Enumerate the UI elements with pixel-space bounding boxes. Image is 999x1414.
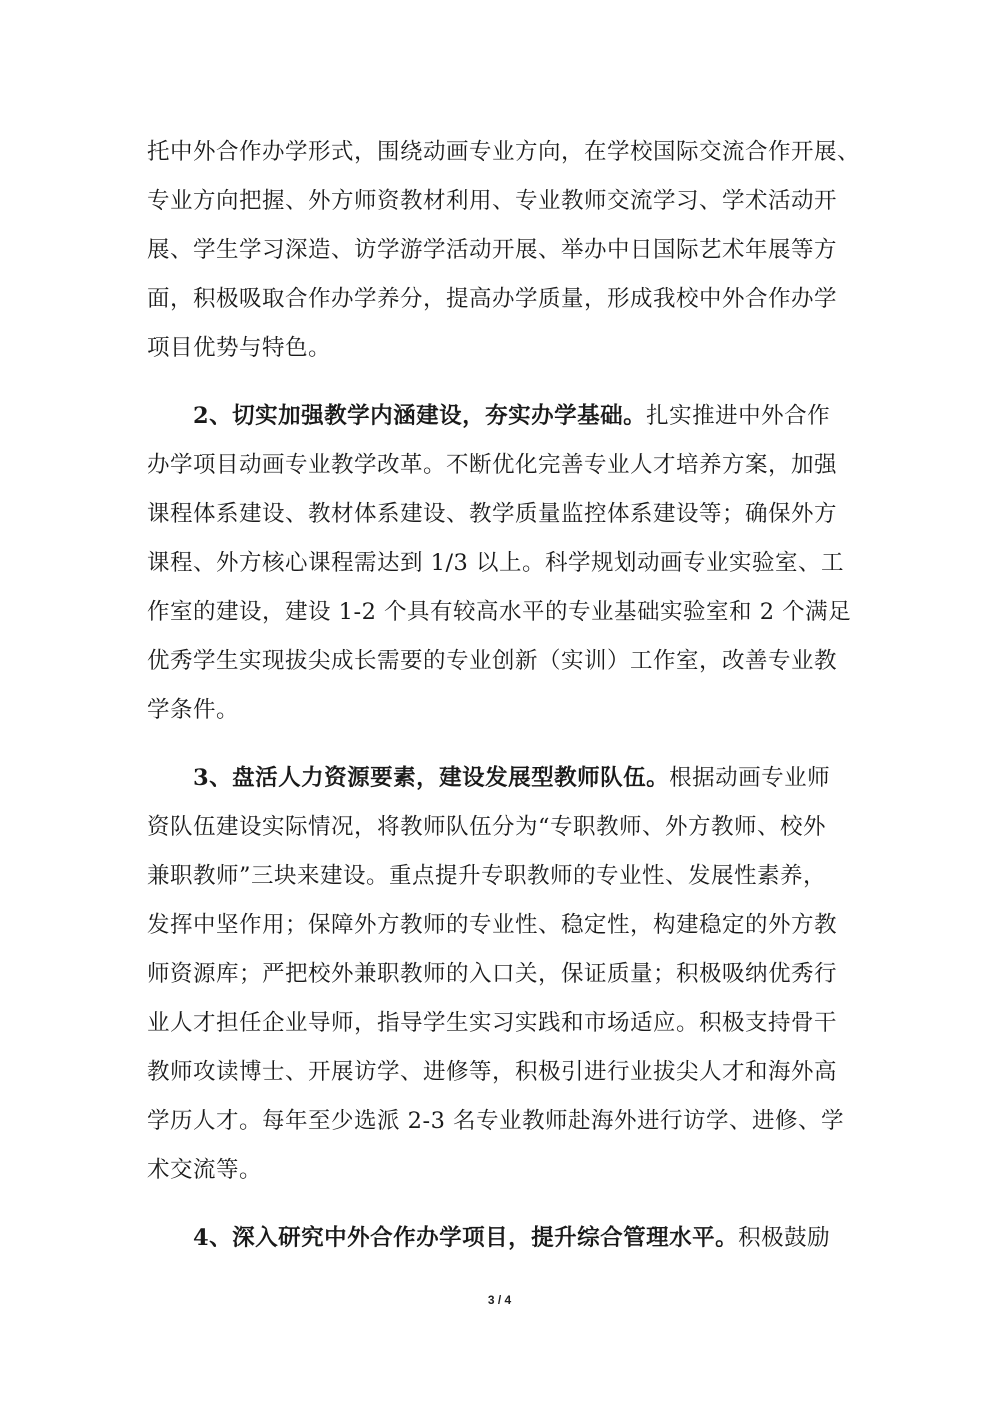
text-line: 办学项目动画专业教学改革。不断优化完善专业人才培养方案，加强 <box>147 441 853 490</box>
paragraph-1: 托中外合作办学形式，围绕动画专业方向，在学校国际交流合作开展、 专业方向把握、外… <box>147 128 853 373</box>
paragraph-heading: 2、切实加强教学内涵建设，夯实办学基础。 <box>193 403 646 429</box>
text-run: 积极鼓励 <box>738 1225 830 1251</box>
text-line: 项目优势与特色。 <box>147 324 853 373</box>
text-line: 学条件。 <box>147 686 853 735</box>
text-line: 专业方向把握、外方师资教材利用、专业教师交流学习、学术活动开 <box>147 177 853 226</box>
text-line: 发挥中坚作用；保障外方教师的专业性、稳定性，构建稳定的外方教 <box>147 901 853 950</box>
text-run: 根据动画专业师 <box>669 765 830 791</box>
text-line: 师资源库；严把校外兼职教师的入口关，保证质量；积极吸纳优秀行 <box>147 950 853 999</box>
paragraph-heading: 4、深入研究中外合作办学项目，提升综合管理水平。 <box>193 1225 738 1251</box>
text-line: 术交流等。 <box>147 1146 853 1195</box>
paragraph-4: 4、深入研究中外合作办学项目，提升综合管理水平。积极鼓励 <box>147 1214 853 1263</box>
text-line: 托中外合作办学形式，围绕动画专业方向，在学校国际交流合作开展、 <box>147 128 853 177</box>
text-line: 兼职教师”三块来建设。重点提升专职教师的专业性、发展性素养， <box>147 852 853 901</box>
page-number: 3 / 4 <box>0 1293 999 1307</box>
text-line: 教师攻读博士、开展访学、进修等，积极引进行业拔尖人才和海外高 <box>147 1048 853 1097</box>
text-line: 面，积极吸取合作办学养分，提高办学质量，形成我校中外合作办学 <box>147 275 853 324</box>
text-line: 优秀学生实现拔尖成长需要的专业创新（实训）工作室，改善专业教 <box>147 637 853 686</box>
text-line: 展、学生学习深造、访学游学活动开展、举办中日国际艺术年展等方 <box>147 226 853 275</box>
text-line: 课程、外方核心课程需达到 1/3 以上。科学规划动画专业实验室、工 <box>147 539 853 588</box>
text-line: 作室的建设，建设 1-2 个具有较高水平的专业基础实验室和 2 个满足 <box>147 588 853 637</box>
text-line: 资队伍建设实际情况，将教师队伍分为“专职教师、外方教师、校外 <box>147 803 853 852</box>
paragraph-2: 2、切实加强教学内涵建设，夯实办学基础。扎实推进中外合作 办学项目动画专业教学改… <box>147 392 853 735</box>
text-run: 扎实推进中外合作 <box>646 403 830 429</box>
text-line: 业人才担任企业导师，指导学生实习实践和市场适应。积极支持骨干 <box>147 999 853 1048</box>
paragraph-3: 3、盘活人力资源要素，建设发展型教师队伍。根据动画专业师 资队伍建设实际情况，将… <box>147 754 853 1195</box>
document-page: 托中外合作办学形式，围绕动画专业方向，在学校国际交流合作开展、 专业方向把握、外… <box>0 0 999 1414</box>
text-line: 3、盘活人力资源要素，建设发展型教师队伍。根据动画专业师 <box>147 754 853 803</box>
text-line: 2、切实加强教学内涵建设，夯实办学基础。扎实推进中外合作 <box>147 392 853 441</box>
text-line: 4、深入研究中外合作办学项目，提升综合管理水平。积极鼓励 <box>147 1214 853 1263</box>
text-line: 课程体系建设、教材体系建设、教学质量监控体系建设等；确保外方 <box>147 490 853 539</box>
paragraph-heading: 3、盘活人力资源要素，建设发展型教师队伍。 <box>193 765 669 791</box>
document-body: 托中外合作办学形式，围绕动画专业方向，在学校国际交流合作开展、 专业方向把握、外… <box>147 128 853 1263</box>
text-line: 学历人才。每年至少选派 2-3 名专业教师赴海外进行访学、进修、学 <box>147 1097 853 1146</box>
